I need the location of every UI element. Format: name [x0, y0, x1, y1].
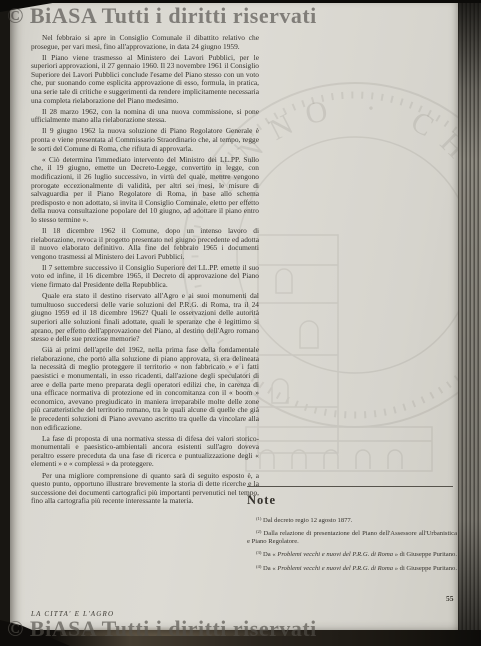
footnote-marker: (1) [256, 516, 261, 521]
copyright-watermark-top: © BiASA Tutti i diritti riservati [7, 3, 317, 29]
footnote: (3) Da « Problemi vecchi e nuovi del P.R… [247, 549, 457, 559]
footnote-cited-title: Problemi vecchi e nuovi del P.R.G. di Ro… [277, 551, 393, 558]
body-paragraph: Il 7 settembre successivo il Consiglio S… [31, 264, 259, 290]
scanned-page: ANNO · CHRISTI Nel febbraio si apre in C… [10, 3, 458, 632]
notes-section: Note (1) Dal decreto regio 12 agosto 187… [247, 486, 457, 576]
footnote-text: Dal decreto regio 12 agosto 1877. [263, 517, 352, 524]
footnote-text: Da « [263, 565, 277, 572]
body-paragraph: Il 9 giugno 1962 la nuova soluzione di P… [31, 127, 259, 153]
page-number: 55 [446, 594, 454, 603]
body-paragraph: Il Piano viene trasmesso al Ministero de… [31, 54, 259, 106]
body-paragraph: Quale era stato il destino riservato all… [31, 292, 259, 344]
body-paragraph: Il 18 dicembre 1962 il Comune, dopo un i… [31, 227, 259, 261]
body-paragraph: Il 28 marzo 1962, con la nomina di una n… [31, 108, 259, 125]
footnote: (4) Da « Problemi vecchi e nuovi del P.R… [247, 563, 457, 573]
footnote-text: » di Giuseppe Puritano. [393, 565, 457, 572]
footnote-cited-title: Problemi vecchi e nuovi del P.R.G. di Ro… [277, 565, 393, 572]
body-paragraph: « Ciò determina l'immediato intervento d… [31, 156, 259, 225]
footnote-text: Dalla relazione di presentazione del Pia… [247, 530, 457, 545]
footnote-text: Da « [263, 551, 277, 558]
notes-divider-rule [247, 486, 453, 487]
body-paragraph: Per una migliore comprensione di quanto … [31, 472, 259, 506]
footnote: (2) Dalla relazione di presentazione del… [247, 528, 457, 546]
page-edge-shadow [458, 0, 481, 646]
footnote-marker: (3) [256, 550, 261, 555]
article-column: Nel febbraio si apre in Consiglio Comuna… [31, 34, 259, 508]
copyright-watermark-bottom: © BiASA Tutti i diritti riservati [7, 616, 317, 642]
body-paragraph: Nel febbraio si apre in Consiglio Comuna… [31, 34, 259, 51]
footnote-marker: (4) [256, 564, 261, 569]
footnote: (1) Dal decreto regio 12 agosto 1877. [247, 515, 457, 525]
body-paragraph: La fase di proposta di una normativa ste… [31, 435, 259, 469]
notes-heading: Note [247, 493, 457, 508]
footnote-text: » di Giuseppe Puritano. [393, 551, 457, 558]
footnote-marker: (2) [256, 529, 261, 534]
body-paragraph: Già ai primi dell'aprile del 1962, nella… [31, 346, 259, 432]
